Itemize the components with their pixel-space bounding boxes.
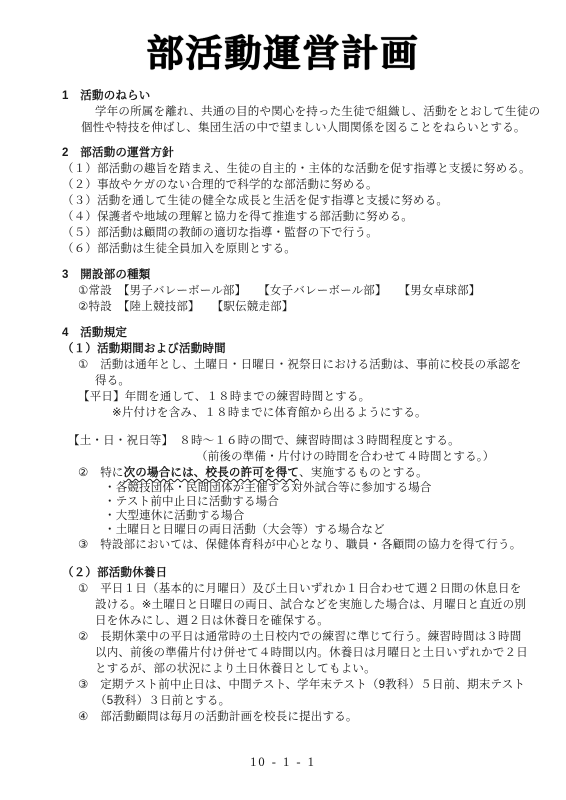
text-line: （６）部活動は生徒全員加入を原則とする。 [62, 241, 566, 257]
text-segment: 2 部活動の運営方針 [62, 147, 174, 159]
text-line: ① 活動は通年とし、土曜日・日曜日・祝祭日における活動は、事前に校長の承認を [78, 357, 566, 373]
text-line: ② 特に次の場合には、校長の許可を得て、実施するものとする。 [78, 465, 566, 481]
text-segment: 、実施するものとする。 [299, 467, 428, 479]
text-line: 個性や特技を伸ばし、集団生活の中で望ましい人間関係を図ることをねらいとする。 [81, 120, 566, 136]
text-segment: 1 活動のねらい [62, 90, 151, 102]
text-segment: 設ける。※土曜日と日曜日の両日、試合などを実施した場合は、月曜日と直近の別 [95, 599, 526, 611]
text-segment: とするが、部の状況により土日休養日としてもよい。 [95, 663, 376, 675]
text-segment: ②特設 【陸上競技部】 【駅伝競走部】 [78, 301, 294, 313]
text-line: （１）活動期間および活動時間 [62, 341, 566, 357]
text-line: ③ 特設部においては、保健体育科が中心となり、職員・各顧問の協力を得て行う。 [78, 537, 566, 553]
text-segment: ④ 部活動顧問は毎月の活動計画を校長に提出する。 [78, 711, 358, 723]
text-segment: ③ 定期テスト前中止日は、中間テスト、学年末テスト（9教科）５日前、期末テスト [78, 679, 525, 691]
text-line: （前後の準備・片付けの時間を合わせて４時間とする。） [196, 449, 566, 465]
text-segment: 個性や特技を伸ばし、集団生活の中で望ましい人間関係を図ることをねらいとする。 [81, 122, 526, 134]
text-segment: 3 開設部の種類 [62, 269, 151, 281]
text-line: 4 活動規定 [62, 325, 566, 341]
text-line: （２）事故やケガのない合理的で科学的な部活動に努める。 [62, 177, 566, 193]
text-line: ①常設 【男子バレーボール部】 【女子バレーボール部】 【男女卓球部】 [78, 283, 566, 299]
text-segment: （5教科）３日前とする。 [95, 695, 230, 707]
text-segment: （６）部活動は生徒全員加入を原則とする。 [62, 243, 296, 255]
text-segment: （１）部活動の趣旨を踏まえ、生徒の自主的・主体的な活動を促す指導と支援に努める。 [62, 163, 531, 175]
text-line: （４）保護者や地域の理解と協力を得て推進する部活動に努める。 [62, 209, 566, 225]
text-segment: （前後の準備・片付けの時間を合わせて４時間とする。） [196, 451, 494, 463]
text-line: 1 活動のねらい [62, 88, 566, 104]
text-line: 3 開設部の種類 [62, 267, 566, 283]
text-segment: 4 活動規定 [62, 327, 127, 339]
text-line: ・テスト前中止日に活動する場合 [104, 495, 566, 509]
text-line: （３）活動を通して生徒の健全な成長と生活を促す指導と支援に努める。 [62, 193, 566, 209]
page-number: 10 - 1 - 1 [0, 755, 566, 770]
text-segment: （２）事故やケガのない合理的で科学的な部活動に努める。 [62, 179, 378, 191]
text-segment: （１）活動期間および活動時間 [62, 343, 226, 355]
text-segment: ① 平日１日（基本的に月曜日）及び土日いずれか１日合わせて週２日間の休息日を [78, 583, 521, 595]
text-segment: 【土・日・祝日等】 ８時～１６時の間で、練習時間は３時間程度とする。 [68, 435, 460, 447]
text-segment: ・テスト前中止日に活動する場合 [104, 496, 279, 508]
text-line: とするが、部の状況により土日休養日としてもよい。 [95, 661, 566, 677]
text-line: ① 平日１日（基本的に月曜日）及び土日いずれか１日合わせて週２日間の休息日を [78, 581, 566, 597]
text-line: 設ける。※土曜日と日曜日の両日、試合などを実施した場合は、月曜日と直近の別 [95, 597, 566, 613]
text-line: 学年の所属を離れ、共通の目的や関心を持った生徒で組織し、活動をとおして生徒の [95, 104, 566, 120]
wavy-underlined-text: 次の場合には、校長の許可を得て [124, 467, 300, 479]
text-segment: ※片付けを含み、１８時までに体育館から出るようにする。 [112, 407, 427, 419]
text-line: ・土曜日と日曜日の両日活動（大会等）する場合など [104, 523, 566, 537]
text-line: ※片付けを含み、１８時までに体育館から出るようにする。 [112, 405, 566, 421]
text-segment: （２）部活動休養日 [62, 567, 167, 579]
text-line: ③ 定期テスト前中止日は、中間テスト、学年末テスト（9教科）５日前、期末テスト [78, 677, 566, 693]
document-title: 部活動運営計画 [0, 32, 566, 76]
text-segment: （４）保護者や地域の理解と協力を得て推進する部活動に努める。 [62, 211, 413, 223]
text-line: （５）部活動は顧問の教師の適切な指導・監督の下で行う。 [62, 225, 566, 241]
text-line: ・各競技団体・民間団体が主催する対外試合等に参加する場合 [104, 481, 566, 495]
text-line: ②特設 【陸上競技部】 【駅伝競走部】 [78, 299, 566, 315]
text-segment: ② 長期休業中の平日は通常時の土日校内での練習に準じて行う。練習時間は３時間 [78, 631, 521, 643]
text-segment: 得る。 [95, 375, 130, 387]
text-segment: ③ 特設部においては、保健体育科が中心となり、職員・各顧問の協力を得て行う。 [78, 539, 521, 551]
text-segment: （５）部活動は顧問の教師の適切な指導・監督の下で行う。 [62, 227, 378, 239]
document-page: 部活動運営計画 1 活動のねらい学年の所属を離れ、共通の目的や関心を持った生徒で… [0, 0, 566, 800]
text-line: ② 長期休業中の平日は通常時の土日校内での練習に準じて行う。練習時間は３時間 [78, 629, 566, 645]
text-segment: ①常設 【男子バレーボール部】 【女子バレーボール部】 【男女卓球部】 [78, 285, 481, 297]
text-line: 日を休みにし、週２日は休養日を確保する。 [95, 613, 566, 629]
text-segment: 【平日】年間を通して、１８時までの練習時間とする。 [78, 391, 370, 403]
text-line: 得る。 [95, 373, 566, 389]
text-segment: ・大型連休に活動する場合 [104, 510, 244, 522]
text-segment: ・各競技団体・民間団体が主催する対外試合等に参加する場合 [104, 482, 432, 494]
text-segment: 日を休みにし、週２日は休養日を確保する。 [95, 615, 329, 627]
text-segment: ① 活動は通年とし、土曜日・日曜日・祝祭日における活動は、事前に校長の承認を [78, 359, 521, 371]
text-line: 【平日】年間を通して、１８時までの練習時間とする。 [78, 389, 566, 405]
text-line: ・大型連休に活動する場合 [104, 509, 566, 523]
document-body: 1 活動のねらい学年の所属を離れ、共通の目的や関心を持った生徒で組織し、活動をと… [0, 88, 566, 725]
text-segment: 以内、前後の準備片付け併せて４時間以内。休養日は月曜日と土日いずれかで２日 [95, 647, 528, 659]
text-line: （２）部活動休養日 [62, 565, 566, 581]
text-segment: ② 特に [78, 467, 124, 479]
text-segment: 学年の所属を離れ、共通の目的や関心を持った生徒で組織し、活動をとおして生徒の [95, 106, 540, 118]
text-line: 2 部活動の運営方針 [62, 145, 566, 161]
text-line: （１）部活動の趣旨を踏まえ、生徒の自主的・主体的な活動を促す指導と支援に努める。 [62, 161, 566, 177]
text-line: ④ 部活動顧問は毎月の活動計画を校長に提出する。 [78, 709, 566, 725]
text-line: 以内、前後の準備片付け併せて４時間以内。休養日は月曜日と土日いずれかで２日 [95, 645, 566, 661]
text-segment: ・土曜日と日曜日の両日活動（大会等）する場合など [104, 524, 385, 536]
text-segment: （３）活動を通して生徒の健全な成長と生活を促す指導と支援に努める。 [62, 195, 448, 207]
text-line: （5教科）３日前とする。 [95, 693, 566, 709]
text-line: 【土・日・祝日等】 ８時～１６時の間で、練習時間は３時間程度とする。 [68, 433, 566, 449]
